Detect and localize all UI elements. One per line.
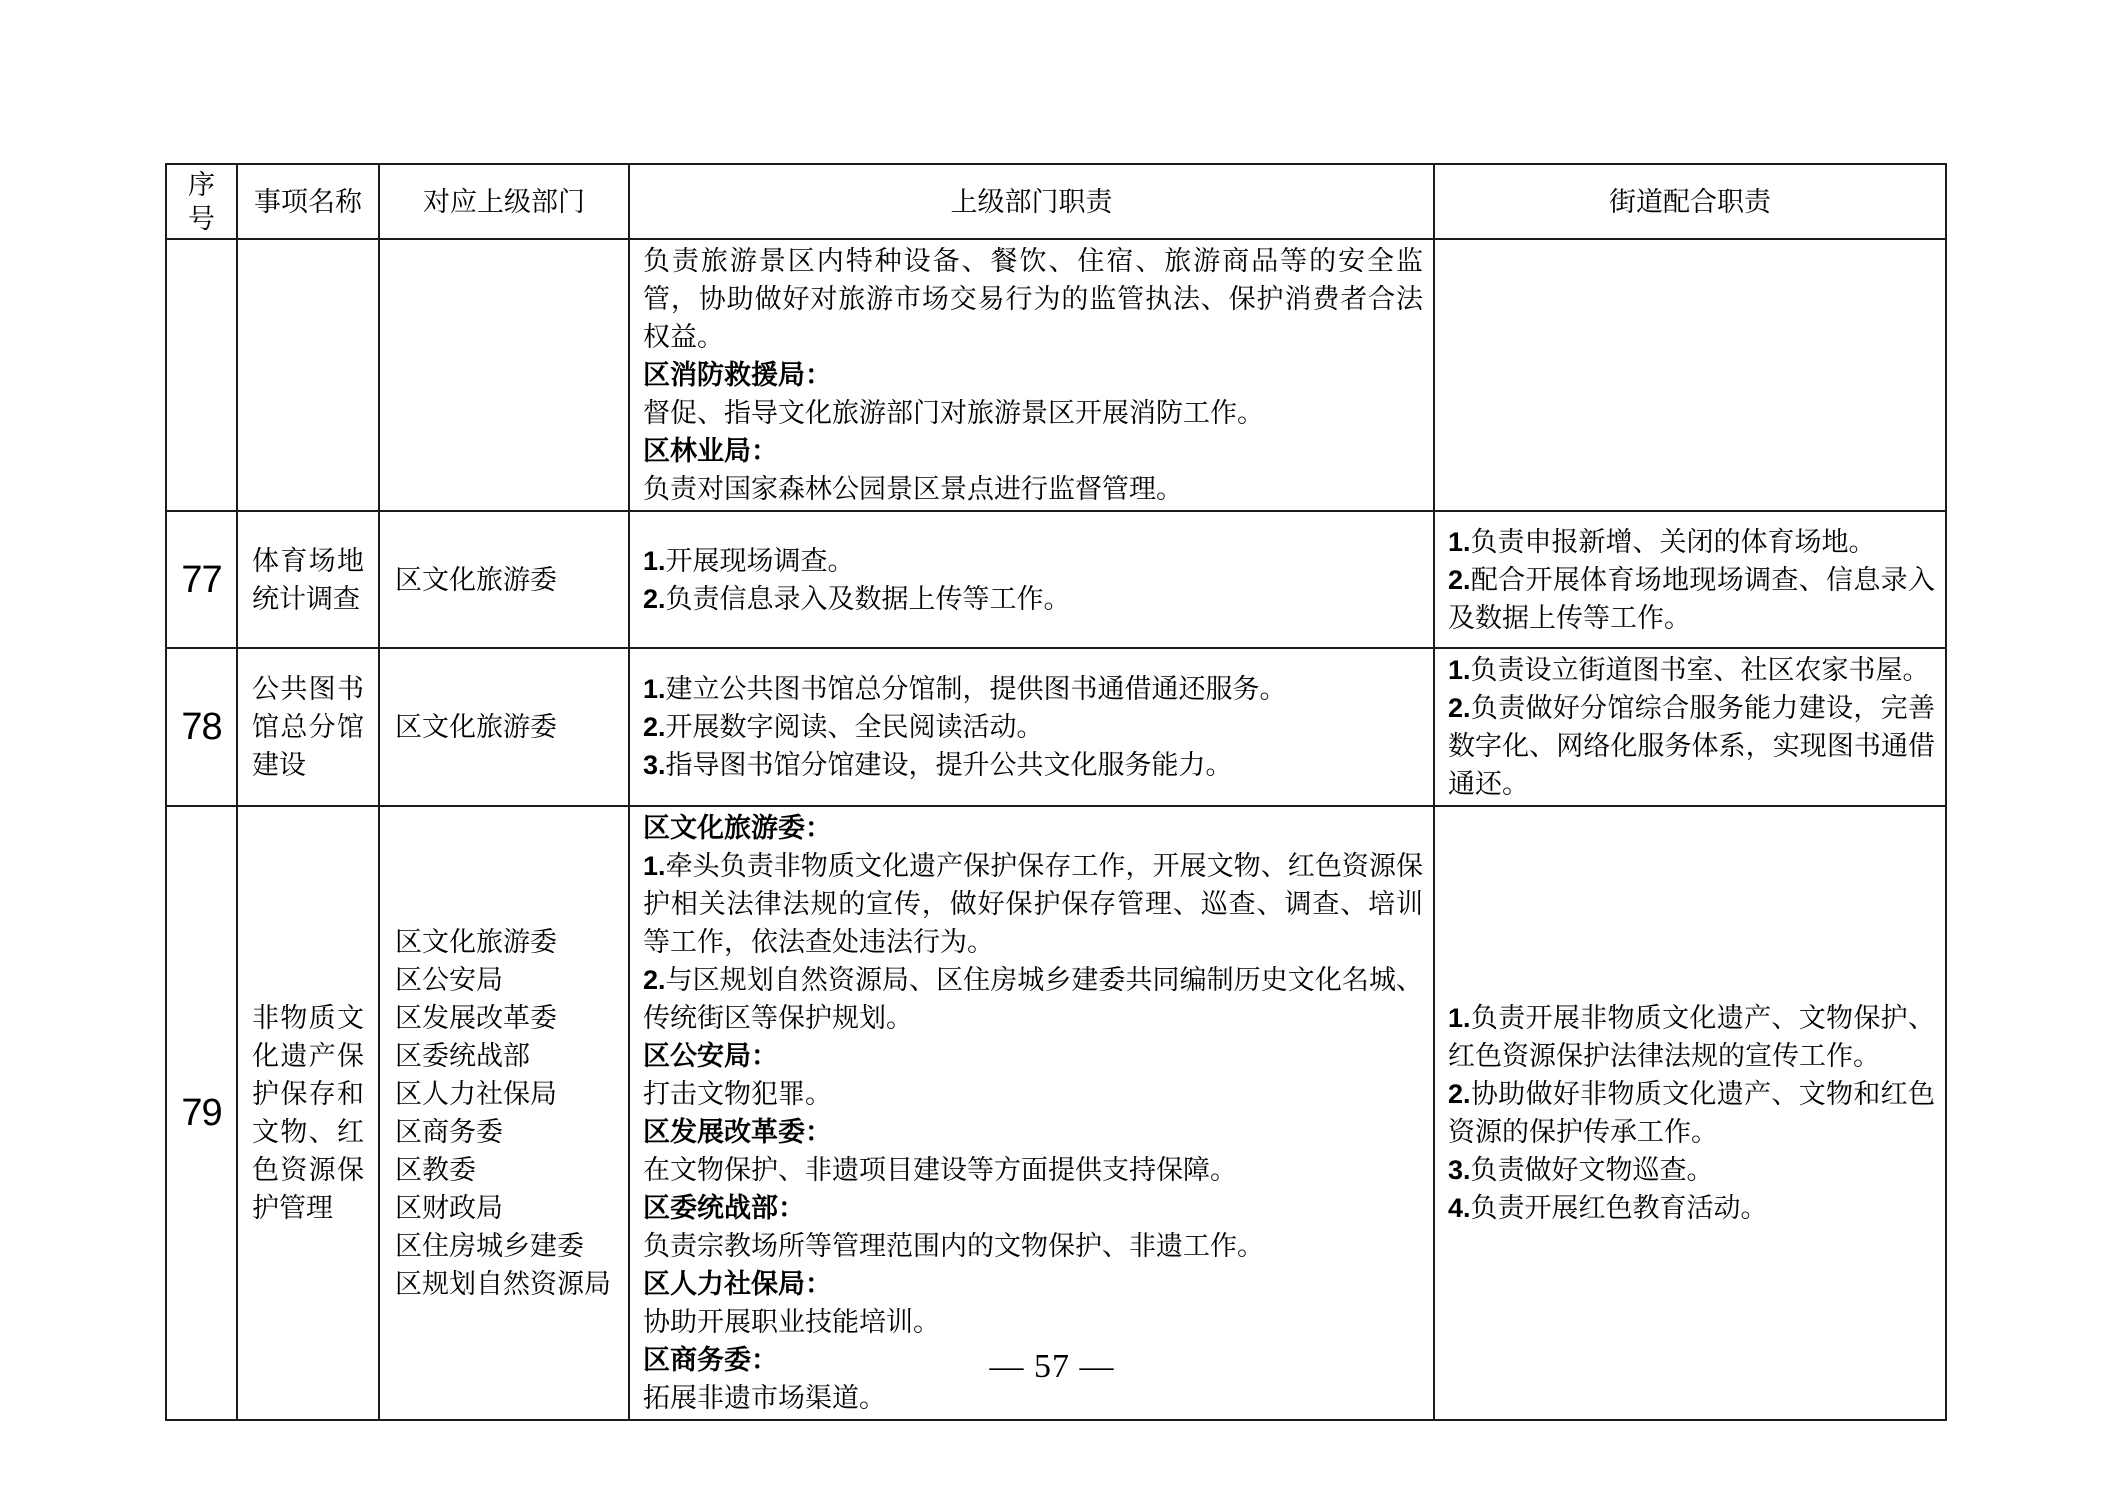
superior-departments-cell [379, 239, 629, 511]
duty-text: 4.负责开展红色教育活动。 [1448, 1189, 1935, 1227]
department-name: 区发展改革委 [395, 999, 620, 1037]
item-name: 公共图书馆总分馆建设 [252, 670, 364, 784]
duty-text: 2.负责信息录入及数据上传等工作。 [643, 580, 1423, 618]
duty-text: 负责对国家森林公园景区景点进行监督管理。 [643, 470, 1423, 508]
duty-number: 4. [1448, 1193, 1471, 1223]
row-serial-number [166, 239, 237, 511]
department-heading: 区公安局： [643, 1037, 1423, 1075]
duty-text: 1.建立公共图书馆总分馆制，提供图书通借通还服务。 [643, 670, 1423, 708]
department-heading: 区林业局： [643, 432, 1423, 470]
col-header-superior-duties: 上级部门职责 [629, 164, 1434, 239]
superior-duties-cell: 区文化旅游委：1.牵头负责非物质文化遗产保护保存工作，开展文物、红色资源保护相关… [629, 806, 1434, 1420]
superior-departments-cell: 区文化旅游委区公安局区发展改革委区委统战部区人力社保局区商务委区教委区财政局区住… [379, 806, 629, 1420]
department-heading: 区消防救援局： [643, 356, 1423, 394]
street-duties-cell [1434, 239, 1946, 511]
duty-number: 3. [1448, 1155, 1471, 1185]
duty-text: 打击文物犯罪。 [643, 1075, 1423, 1113]
duty-number: 1. [1448, 527, 1471, 557]
duty-number: 1. [643, 851, 666, 881]
duty-number: 3. [643, 750, 666, 780]
duty-number: 2. [1448, 693, 1471, 723]
duty-text: 2.配合开展体育场地现场调查、信息录入及数据上传等工作。 [1448, 561, 1935, 637]
duty-text: 协助开展职业技能培训。 [643, 1303, 1423, 1341]
superior-departments-cell: 区文化旅游委 [379, 648, 629, 806]
duty-text: 1.牵头负责非物质文化遗产保护保存工作，开展文物、红色资源保护相关法律法规的宣传… [643, 847, 1423, 961]
duty-text: 2.负责做好分馆综合服务能力建设，完善数字化、网络化服务体系，实现图书通借通还。 [1448, 689, 1935, 803]
table-header-row: 序号 事项名称 对应上级部门 上级部门职责 街道配合职责 [166, 164, 1946, 239]
street-duties-cell: 1.负责开展非物质文化遗产、文物保护、红色资源保护法律法规的宣传工作。2.协助做… [1434, 806, 1946, 1420]
duty-number: 1. [1448, 655, 1471, 685]
item-name-cell: 公共图书馆总分馆建设 [237, 648, 379, 806]
department-name: 区人力社保局 [395, 1075, 620, 1113]
duty-text: 3.指导图书馆分馆建设，提升公共文化服务能力。 [643, 746, 1423, 784]
department-name: 区文化旅游委 [395, 708, 620, 746]
department-heading: 区人力社保局： [643, 1265, 1423, 1303]
duty-number: 1. [643, 546, 666, 576]
col-header-serial: 序号 [166, 164, 237, 239]
duty-text: 1.负责开展非物质文化遗产、文物保护、红色资源保护法律法规的宣传工作。 [1448, 999, 1935, 1075]
superior-duties-cell: 1.开展现场调查。2.负责信息录入及数据上传等工作。 [629, 511, 1434, 648]
duty-text: 2.协助做好非物质文化遗产、文物和红色资源的保护传承工作。 [1448, 1075, 1935, 1151]
duty-text: 2.与区规划自然资源局、区住房城乡建委共同编制历史文化名城、传统街区等保护规划。 [643, 961, 1423, 1037]
department-name: 区公安局 [395, 961, 620, 999]
duty-number: 2. [1448, 565, 1471, 595]
street-duties-cell: 1.负责申报新增、关闭的体育场地。2.配合开展体育场地现场调查、信息录入及数据上… [1434, 511, 1946, 648]
department-name: 区教委 [395, 1151, 620, 1189]
col-header-street-duties: 街道配合职责 [1434, 164, 1946, 239]
duty-number: 2. [643, 965, 666, 995]
duty-number: 2. [643, 712, 666, 742]
department-name: 区文化旅游委 [395, 923, 620, 961]
department-name: 区住房城乡建委 [395, 1227, 620, 1265]
document-page: 序号 事项名称 对应上级部门 上级部门职责 街道配合职责 负责旅游景区内特种设备… [0, 0, 2104, 1488]
superior-duties-cell: 负责旅游景区内特种设备、餐饮、住宿、旅游商品等的安全监管，协助做好对旅游市场交易… [629, 239, 1434, 511]
department-name: 区财政局 [395, 1189, 620, 1227]
row-serial-number: 77 [166, 511, 237, 648]
row-serial-number: 79 [166, 806, 237, 1420]
department-heading: 区文化旅游委： [643, 809, 1423, 847]
item-name-cell: 体育场地统计调查 [237, 511, 379, 648]
department-name: 区规划自然资源局 [395, 1265, 620, 1303]
department-heading: 区委统战部： [643, 1189, 1423, 1227]
superior-duties-cell: 1.建立公共图书馆总分馆制，提供图书通借通还服务。2.开展数字阅读、全民阅读活动… [629, 648, 1434, 806]
duty-text: 1.负责申报新增、关闭的体育场地。 [1448, 523, 1935, 561]
item-name: 非物质文化遗产保护保存和文物、红色资源保护管理 [252, 999, 364, 1227]
table-row: 78公共图书馆总分馆建设区文化旅游委1.建立公共图书馆总分馆制，提供图书通借通还… [166, 648, 1946, 806]
responsibilities-table: 序号 事项名称 对应上级部门 上级部门职责 街道配合职责 负责旅游景区内特种设备… [165, 163, 1947, 1421]
department-name: 区商务委 [395, 1113, 620, 1151]
duty-text: 负责宗教场所等管理范围内的文物保护、非遗工作。 [643, 1227, 1423, 1265]
department-name: 区文化旅游委 [395, 561, 620, 599]
duty-text: 在文物保护、非遗项目建设等方面提供支持保障。 [643, 1151, 1423, 1189]
row-serial-number: 78 [166, 648, 237, 806]
col-header-item-name: 事项名称 [237, 164, 379, 239]
duty-text: 督促、指导文化旅游部门对旅游景区开展消防工作。 [643, 394, 1423, 432]
duty-text: 负责旅游景区内特种设备、餐饮、住宿、旅游商品等的安全监管，协助做好对旅游市场交易… [643, 242, 1423, 356]
department-name: 区委统战部 [395, 1037, 620, 1075]
table-row: 负责旅游景区内特种设备、餐饮、住宿、旅游商品等的安全监管，协助做好对旅游市场交易… [166, 239, 1946, 511]
duty-number: 2. [643, 584, 666, 614]
page-number: — 57 — [0, 1348, 2104, 1386]
item-name: 体育场地统计调查 [252, 542, 364, 618]
street-duties-cell: 1.负责设立街道图书室、社区农家书屋。2.负责做好分馆综合服务能力建设，完善数字… [1434, 648, 1946, 806]
duty-text: 2.开展数字阅读、全民阅读活动。 [643, 708, 1423, 746]
duty-number: 2. [1448, 1079, 1471, 1109]
item-name-cell: 非物质文化遗产保护保存和文物、红色资源保护管理 [237, 806, 379, 1420]
duty-text: 3.负责做好文物巡查。 [1448, 1151, 1935, 1189]
department-heading: 区发展改革委： [643, 1113, 1423, 1151]
superior-departments-cell: 区文化旅游委 [379, 511, 629, 648]
duty-number: 1. [1448, 1003, 1471, 1033]
table-row: 79非物质文化遗产保护保存和文物、红色资源保护管理区文化旅游委区公安局区发展改革… [166, 806, 1946, 1420]
table-row: 77体育场地统计调查区文化旅游委1.开展现场调查。2.负责信息录入及数据上传等工… [166, 511, 1946, 648]
duty-number: 1. [643, 674, 666, 704]
col-header-superior-department: 对应上级部门 [379, 164, 629, 239]
duty-text: 1.开展现场调查。 [643, 542, 1423, 580]
item-name-cell [237, 239, 379, 511]
duty-text: 1.负责设立街道图书室、社区农家书屋。 [1448, 651, 1935, 689]
